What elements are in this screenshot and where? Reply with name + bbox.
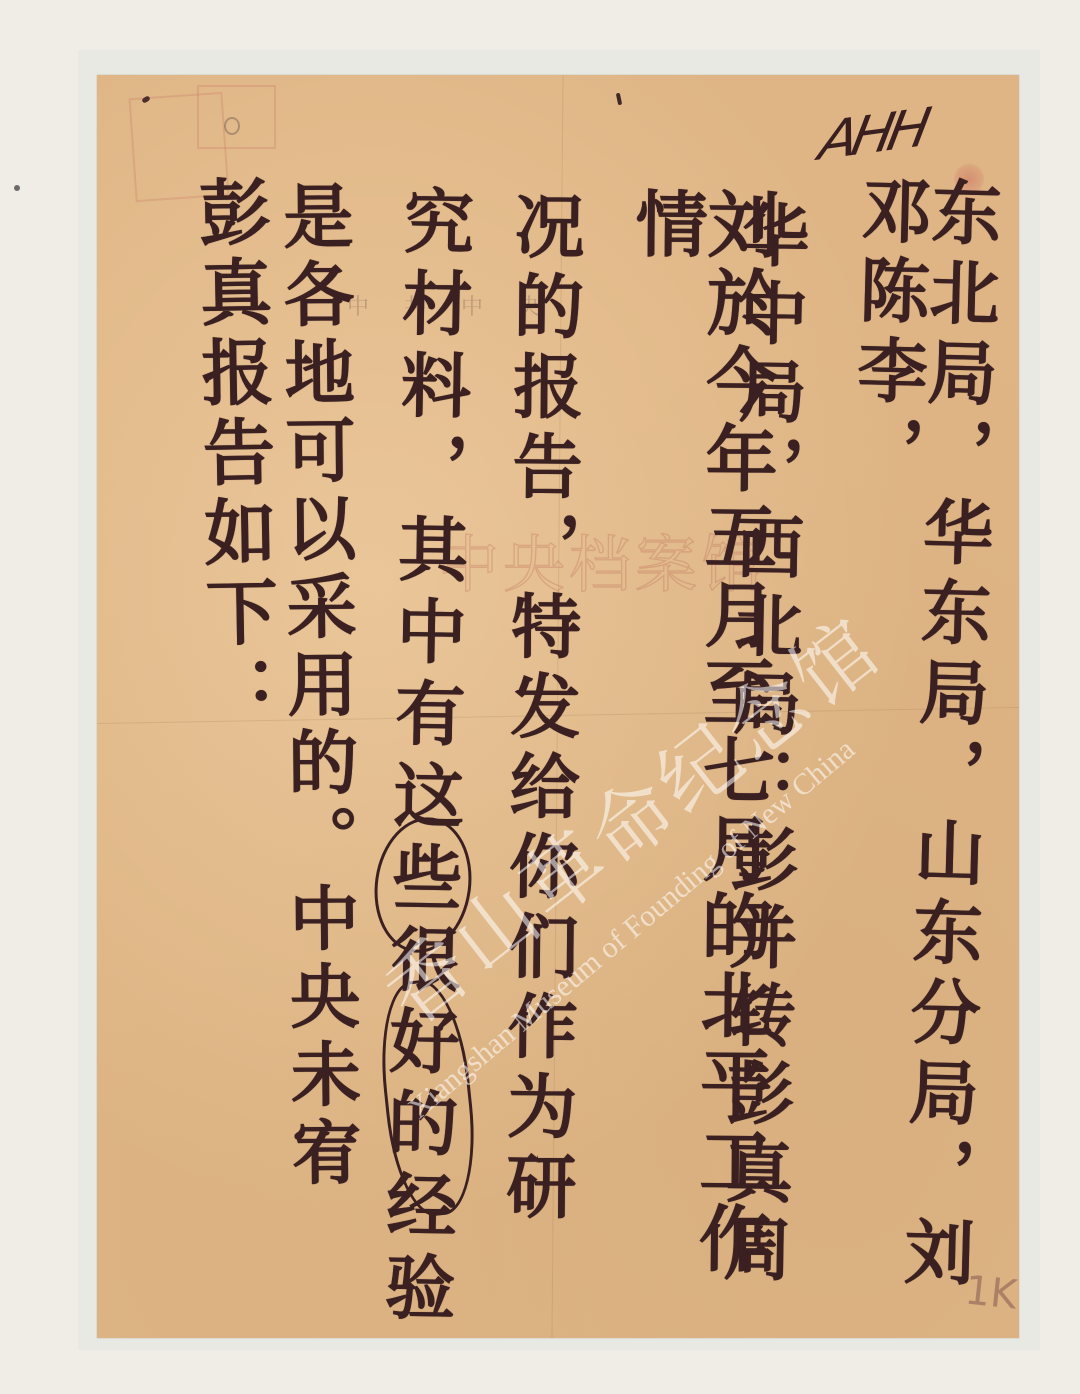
text-column-6: 是各地可以采用的。中央未宥 xyxy=(278,180,357,1195)
registry-stamp-frame xyxy=(197,85,276,149)
scan-dot-mark xyxy=(14,185,20,191)
text-column-4: 况的报告，特发给你们作为研 xyxy=(500,190,579,1231)
ink-tick-mark xyxy=(616,93,622,106)
reference-number: AHH xyxy=(814,96,929,172)
punch-hole-icon xyxy=(224,117,240,135)
pencil-mark: 1K xyxy=(963,1267,1019,1318)
document-paper: 中 共 中 央 中央档案馆 AHH 东北局，华东局，山东分局，刘邓陈李， 华中局… xyxy=(97,75,1019,1338)
text-column-7: 彭真报告如下： xyxy=(192,174,274,735)
